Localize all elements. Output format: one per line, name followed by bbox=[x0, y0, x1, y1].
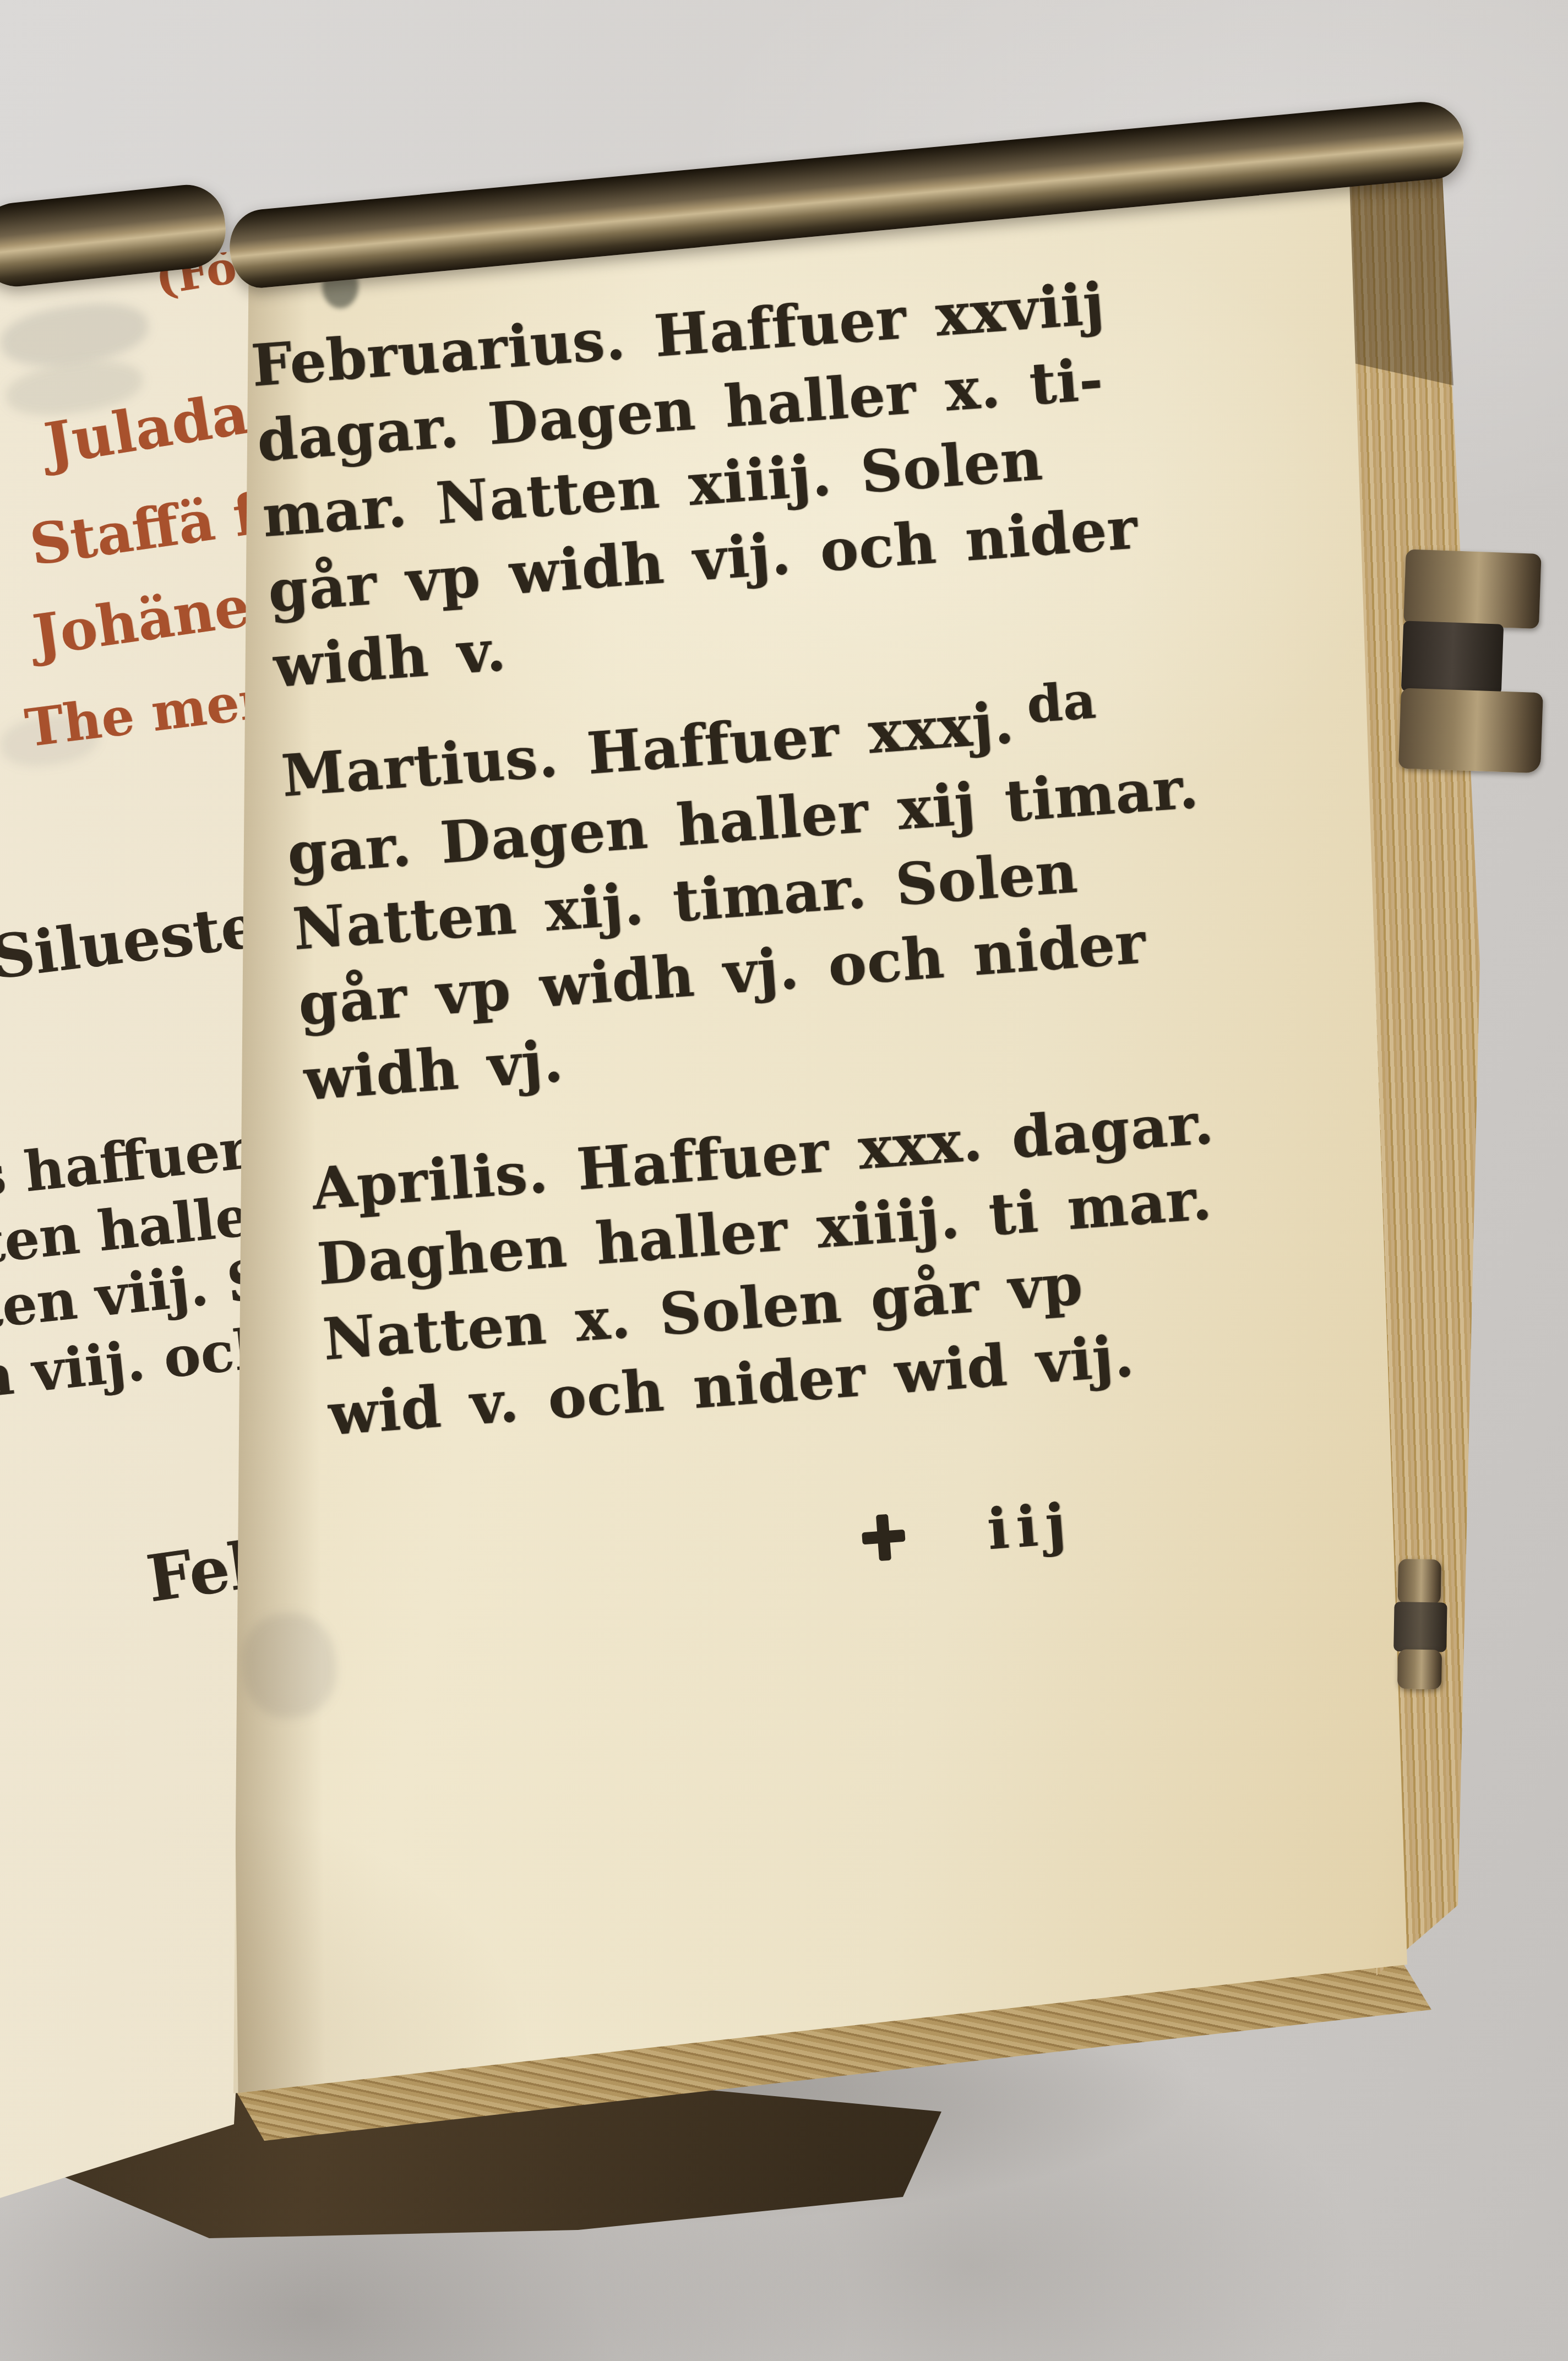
clasp-pin bbox=[1401, 621, 1504, 694]
text-run: widh v. bbox=[271, 616, 509, 701]
clasp-knuckle bbox=[1398, 688, 1543, 773]
clasp-knuckle bbox=[1397, 1649, 1442, 1689]
signature-line: iij bbox=[338, 1478, 1254, 1611]
text-run: widh vj. bbox=[302, 1027, 566, 1113]
clasp-knuckle bbox=[1403, 550, 1542, 629]
raised-type-fragment: da bbox=[1024, 662, 1099, 743]
clasp-knuckle bbox=[1398, 1559, 1441, 1604]
signature-number: iij bbox=[985, 1490, 1076, 1563]
clasp-hinge-upper bbox=[1400, 550, 1549, 736]
paragraph-martius: Martius. Haffuer xxxj.da gar. Dagen hall… bbox=[279, 671, 1218, 1117]
clasp-hinge-lower bbox=[1393, 1559, 1456, 1687]
clasp-pin bbox=[1393, 1602, 1447, 1652]
ink-showthrough-smudge bbox=[0, 296, 152, 374]
paragraph-februarius: Februarius. Haffuer xxviij dagar. Dagen … bbox=[249, 261, 1188, 704]
paragraph-aprilis: Aprilis. Haffuer xxx. dagar. Daghen hall… bbox=[309, 1084, 1243, 1452]
right-page-text: Februarius. Haffuer xxviij dagar. Dagen … bbox=[249, 261, 1254, 1610]
signature-cross-icon bbox=[861, 1513, 907, 1562]
